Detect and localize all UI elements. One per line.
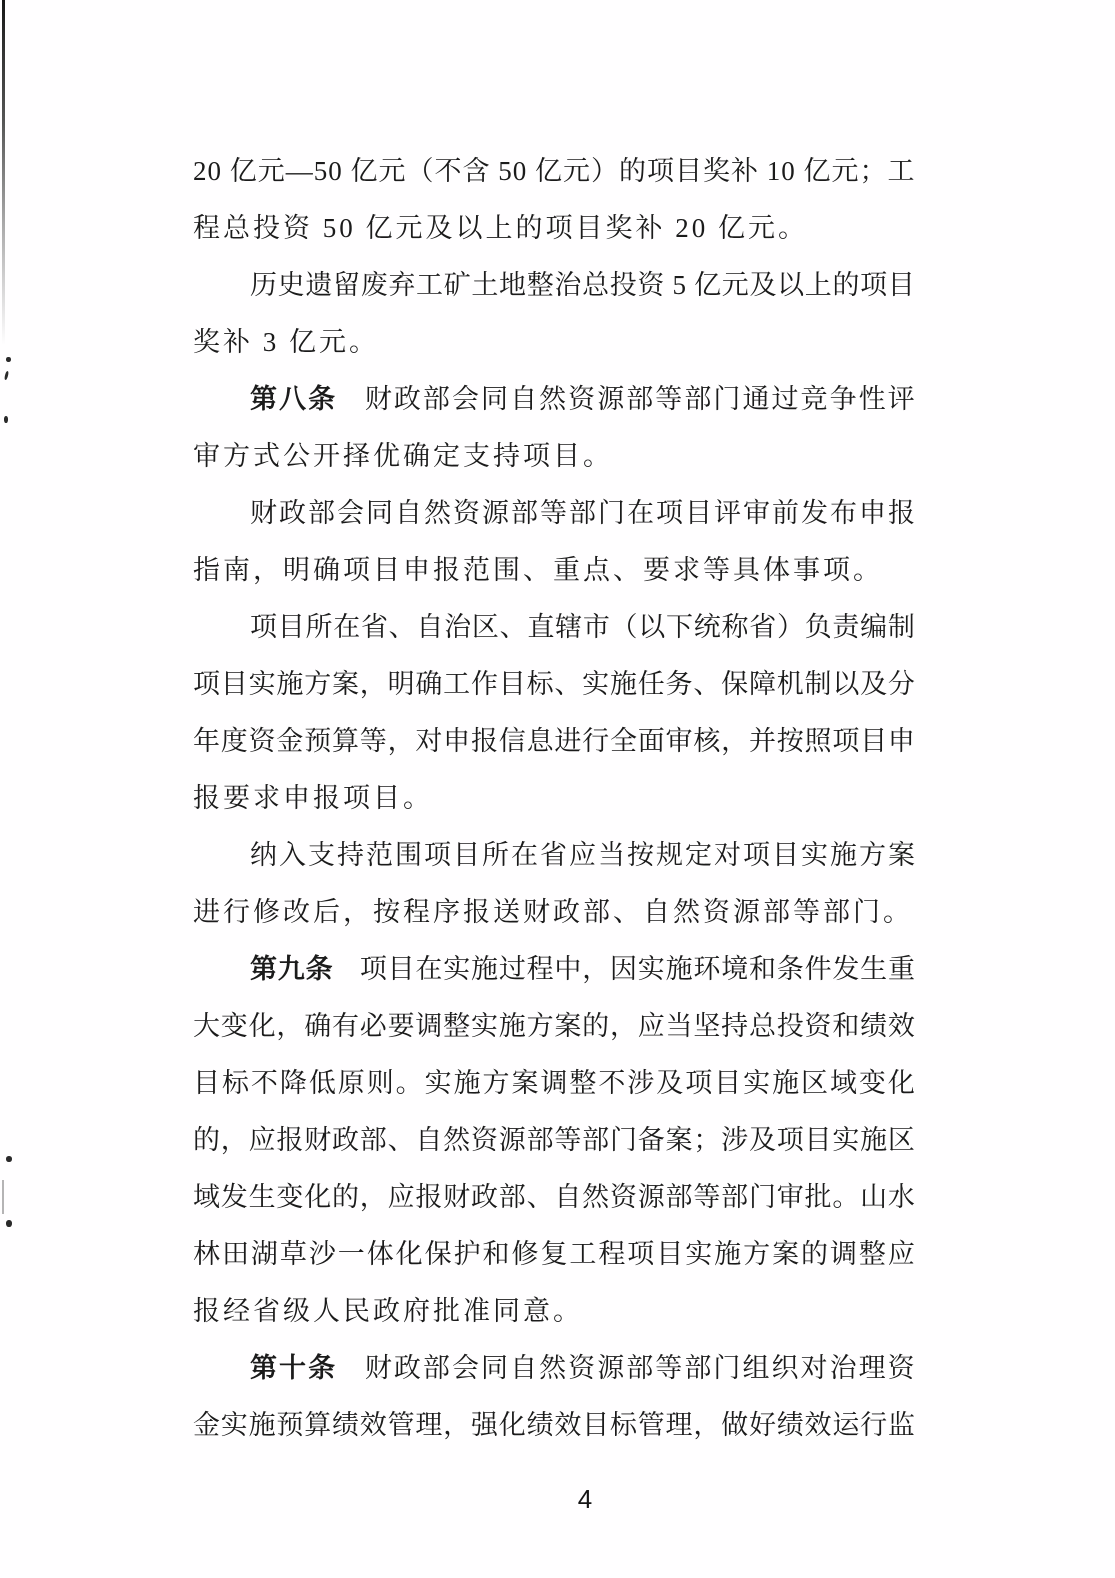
text-line: 20 亿元—50 亿元（不含 50 亿元）的项目奖补 10 亿元；工: [193, 143, 915, 200]
article-heading-line: 第十条财政部会同自然资源部等部门组织对治理资: [193, 1340, 915, 1397]
article-heading-line: 第八条财政部会同自然资源部等部门通过竞争性评: [193, 371, 915, 428]
text-line: 大变化，确有必要调整实施方案的，应当坚持总投资和绩效: [193, 998, 915, 1055]
text-line: 金实施预算绩效管理，强化绩效目标管理，做好绩效运行监: [193, 1397, 915, 1454]
scan-speck: [6, 357, 11, 362]
text-line: 纳入支持范围项目所在省应当按规定对项目实施方案: [193, 827, 915, 884]
text-line: 进行修改后，按程序报送财政部、自然资源部等部门。: [193, 884, 915, 941]
article-heading-line: 第九条项目在实施过程中，因实施环境和条件发生重: [193, 941, 915, 998]
text-line: 历史遗留废弃工矿土地整治总投资 5 亿元及以上的项目: [193, 257, 915, 314]
scan-speck: [2, 1180, 4, 1214]
text-line: 年度资金预算等，对申报信息进行全面审核，并按照项目申: [193, 713, 915, 770]
text-line: 指南，明确项目申报范围、重点、要求等具体事项。: [193, 542, 915, 599]
text-line: 项目所在省、自治区、直辖市（以下统称省）负责编制: [193, 599, 915, 656]
document-page: 20 亿元—50 亿元（不含 50 亿元）的项目奖补 10 亿元；工程总投资 5…: [0, 0, 1115, 1578]
text-line: 报要求申报项目。: [193, 770, 915, 827]
text-line: 域发生变化的，应报财政部、自然资源部等部门审批。山水: [193, 1169, 915, 1226]
scan-speck: [6, 1156, 12, 1162]
text-line: 的，应报财政部、自然资源部等部门备案；涉及项目实施区: [193, 1112, 915, 1169]
text-line: 报经省级人民政府批准同意。: [193, 1283, 915, 1340]
text-line: 审方式公开择优确定支持项目。: [193, 428, 915, 485]
document-body: 20 亿元—50 亿元（不含 50 亿元）的项目奖补 10 亿元；工程总投资 5…: [193, 143, 915, 1454]
text-line: 项目实施方案，明确工作目标、实施任务、保障机制以及分: [193, 656, 915, 713]
page-number: 4: [578, 1484, 592, 1515]
scan-speck: [6, 1220, 12, 1227]
text-line: 目标不降低原则。实施方案调整不涉及项目实施区域变化: [193, 1055, 915, 1112]
text-line: 财政部会同自然资源部等部门在项目评审前发布申报: [193, 485, 915, 542]
text-line: 林田湖草沙一体化保护和修复工程项目实施方案的调整应: [193, 1226, 915, 1283]
scan-speck: [4, 371, 9, 380]
scan-edge-line-artifact: [2, 0, 5, 345]
text-line: 奖补 3 亿元。: [193, 314, 915, 371]
scan-speck: [4, 416, 8, 423]
text-line: 程总投资 50 亿元及以上的项目奖补 20 亿元。: [193, 200, 915, 257]
